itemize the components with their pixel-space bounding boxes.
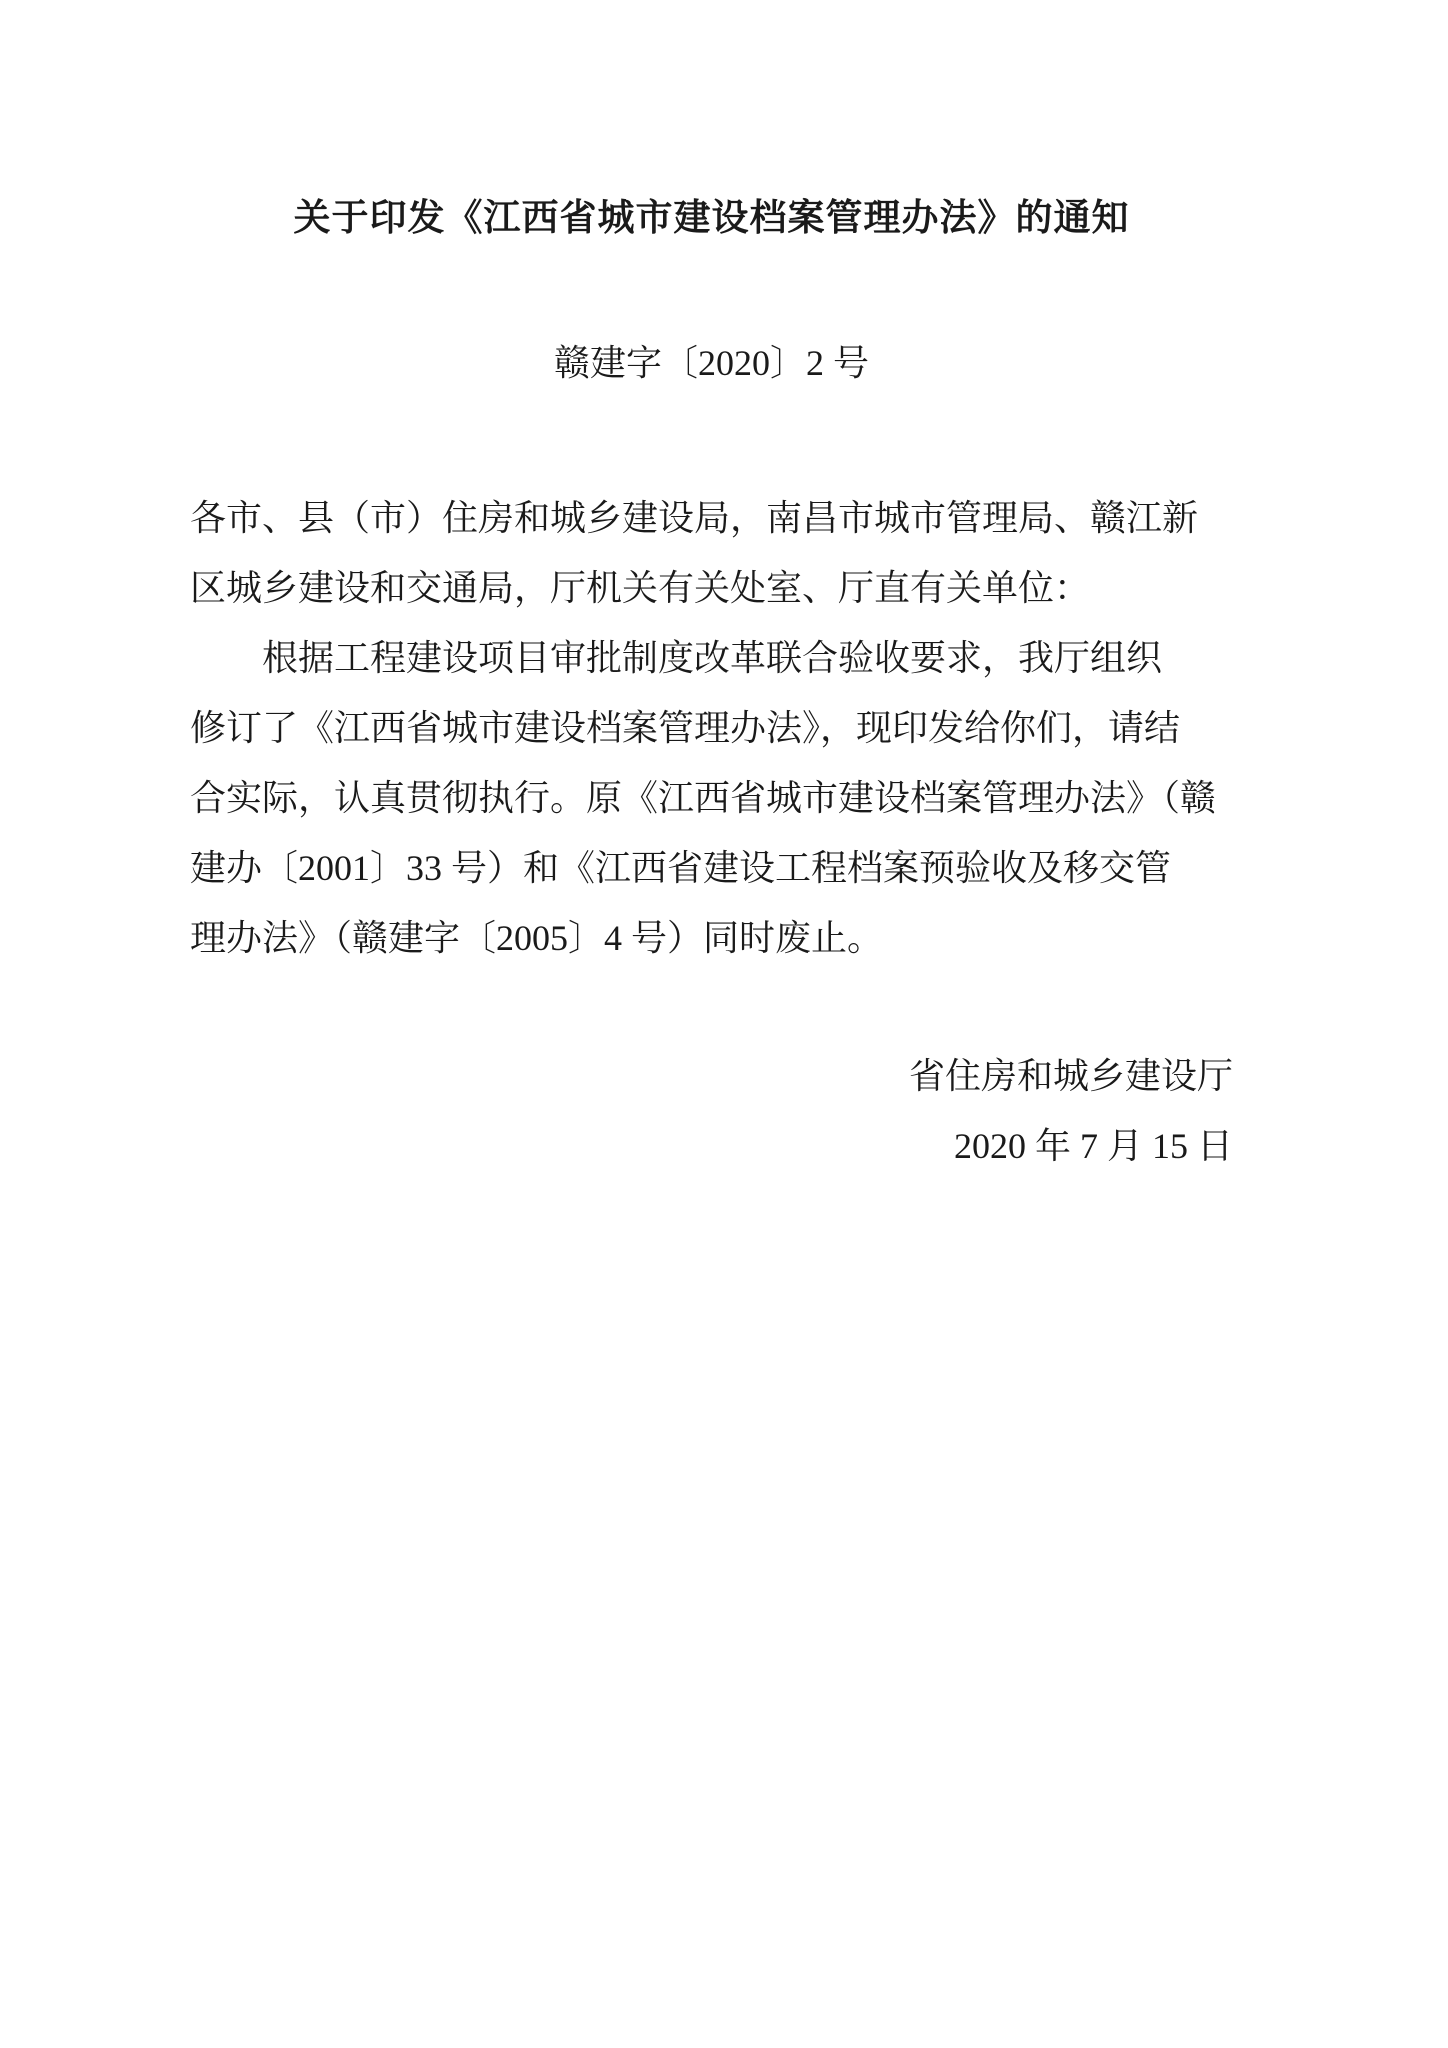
- body-line: 建办〔2001〕33 号）和《江西省建设工程档案预验收及移交管: [190, 833, 1233, 903]
- signature-block: 省住房和城乡建设厅 2020 年 7 月 15 日: [190, 1041, 1233, 1181]
- body-line: 合实际，认真贯彻执行。原《江西省城市建设档案管理办法》（赣: [190, 763, 1233, 833]
- issuing-authority: 省住房和城乡建设厅: [190, 1041, 1233, 1111]
- document-body: 各市、县（市）住房和城乡建设局，南昌市城市管理局、赣江新 区城乡建设和交通局，厅…: [190, 483, 1233, 973]
- salutation-line: 各市、县（市）住房和城乡建设局，南昌市城市管理局、赣江新: [190, 483, 1233, 553]
- document-title: 关于印发《江西省城市建设档案管理办法》的通知: [190, 196, 1233, 242]
- document-page: 关于印发《江西省城市建设档案管理办法》的通知 赣建字〔2020〕2 号 各市、县…: [0, 0, 1448, 2048]
- body-line: 理办法》（赣建字〔2005〕4 号）同时废止。: [190, 903, 1233, 973]
- body-line: 修订了《江西省城市建设档案管理办法》，现印发给你们，请结: [190, 693, 1233, 763]
- document-number: 赣建字〔2020〕2 号: [190, 338, 1233, 388]
- body-line: 根据工程建设项目审批制度改革联合验收要求，我厅组织: [190, 623, 1233, 693]
- salutation-line: 区城乡建设和交通局，厅机关有关处室、厅直有关单位：: [190, 553, 1233, 623]
- issue-date: 2020 年 7 月 15 日: [190, 1111, 1233, 1181]
